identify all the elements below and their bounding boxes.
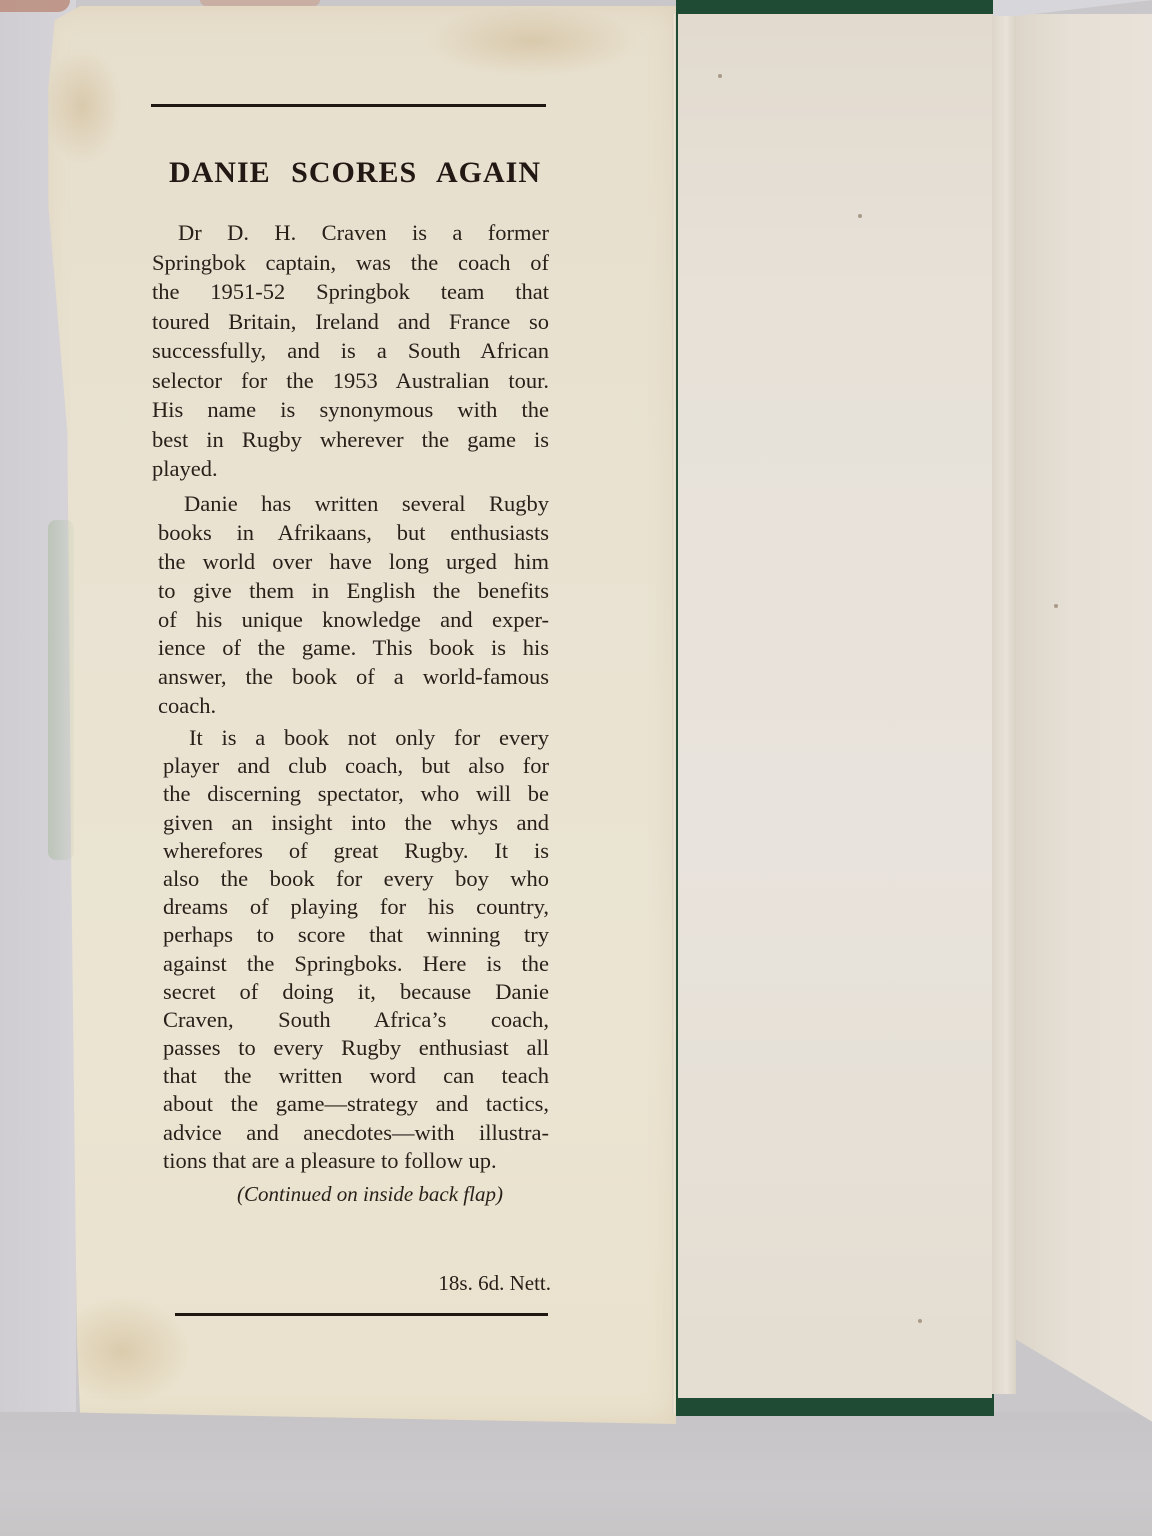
top-rule <box>151 104 546 107</box>
text-line: against the Springboks. Here is the <box>163 950 549 978</box>
text-line: the discerning spectator, who will be <box>163 780 549 808</box>
text-line: passes to every Rugby enthusiast all <box>163 1034 549 1062</box>
text-line: given an insight into the whys and <box>163 809 549 837</box>
text-line: perhaps to score that winning try <box>163 921 549 949</box>
text-line: dreams of playing for his country, <box>163 893 549 921</box>
continued-note: (Continued on inside back flap) <box>190 1182 550 1207</box>
text-line: that the written word can teach <box>163 1062 549 1090</box>
finger <box>0 0 70 12</box>
background-surface <box>0 1412 1152 1536</box>
text-line: about the game—strategy and tactics, <box>163 1090 549 1118</box>
text-line: It is a book not only for every <box>163 724 549 752</box>
foxing-spot <box>858 214 862 218</box>
text-line: secret of doing it, because Danie <box>163 978 549 1006</box>
background-wedge <box>993 0 1152 16</box>
text-line: played. <box>152 454 549 484</box>
paragraph-2: Danie has written several Rugby books in… <box>158 490 549 721</box>
endpaper <box>678 14 992 1398</box>
text-line: Craven, South Africa’s coach, <box>163 1006 549 1034</box>
paragraph-1: Dr D. H. Craven is a former Springbok ca… <box>152 218 549 484</box>
text-line: Springbok captain, was the coach of <box>152 248 549 278</box>
text-line: also the book for every boy who <box>163 865 549 893</box>
finger <box>200 0 320 6</box>
text-line: books in Afrikaans, but enthusiasts <box>158 519 549 548</box>
text-line: advice and anecdotes—with illustra- <box>163 1119 549 1147</box>
flap-edge-discoloration <box>48 520 74 860</box>
facing-page <box>1016 14 1152 1424</box>
flap-title: DANIE SCORES AGAIN <box>152 156 558 190</box>
text-line: player and club coach, but also for <box>163 752 549 780</box>
text-line: to give them in English the benefits <box>158 577 549 606</box>
text-line: Dr D. H. Craven is a former <box>152 218 549 248</box>
flap-fold <box>672 14 675 1414</box>
foxing-spot <box>1054 604 1058 608</box>
text-line: wherefores of great Rugby. It is <box>163 837 549 865</box>
text-line: the 1951-52 Springbok team that <box>152 277 549 307</box>
text-line: answer, the book of a world-famous <box>158 663 549 692</box>
text-line: ience of the game. This book is his <box>158 634 549 663</box>
text-line: His name is synonymous with the <box>152 395 549 425</box>
text-line: best in Rugby wherever the game is <box>152 425 549 455</box>
stain <box>422 6 642 76</box>
text-line: coach. <box>158 692 549 721</box>
paragraph-3: It is a book not only for every player a… <box>163 724 549 1175</box>
text-line: tions that are a pleasure to follow up. <box>163 1147 549 1175</box>
text-line: successfully, and is a South African <box>152 336 549 366</box>
bottom-rule <box>175 1313 548 1316</box>
gutter <box>992 14 1016 1394</box>
foxing-spot <box>918 1319 922 1323</box>
text-line: toured Britain, Ireland and France so <box>152 307 549 337</box>
price-label: 18s. 6d. Nett. <box>360 1271 551 1296</box>
text-line: selector for the 1953 Australian tour. <box>152 366 549 396</box>
text-line: Danie has written several Rugby <box>158 490 549 519</box>
foxing-spot <box>718 74 722 78</box>
text-line: of his unique knowledge and exper- <box>158 606 549 635</box>
stain <box>42 46 122 166</box>
text-line: the world over have long urged him <box>158 548 549 577</box>
